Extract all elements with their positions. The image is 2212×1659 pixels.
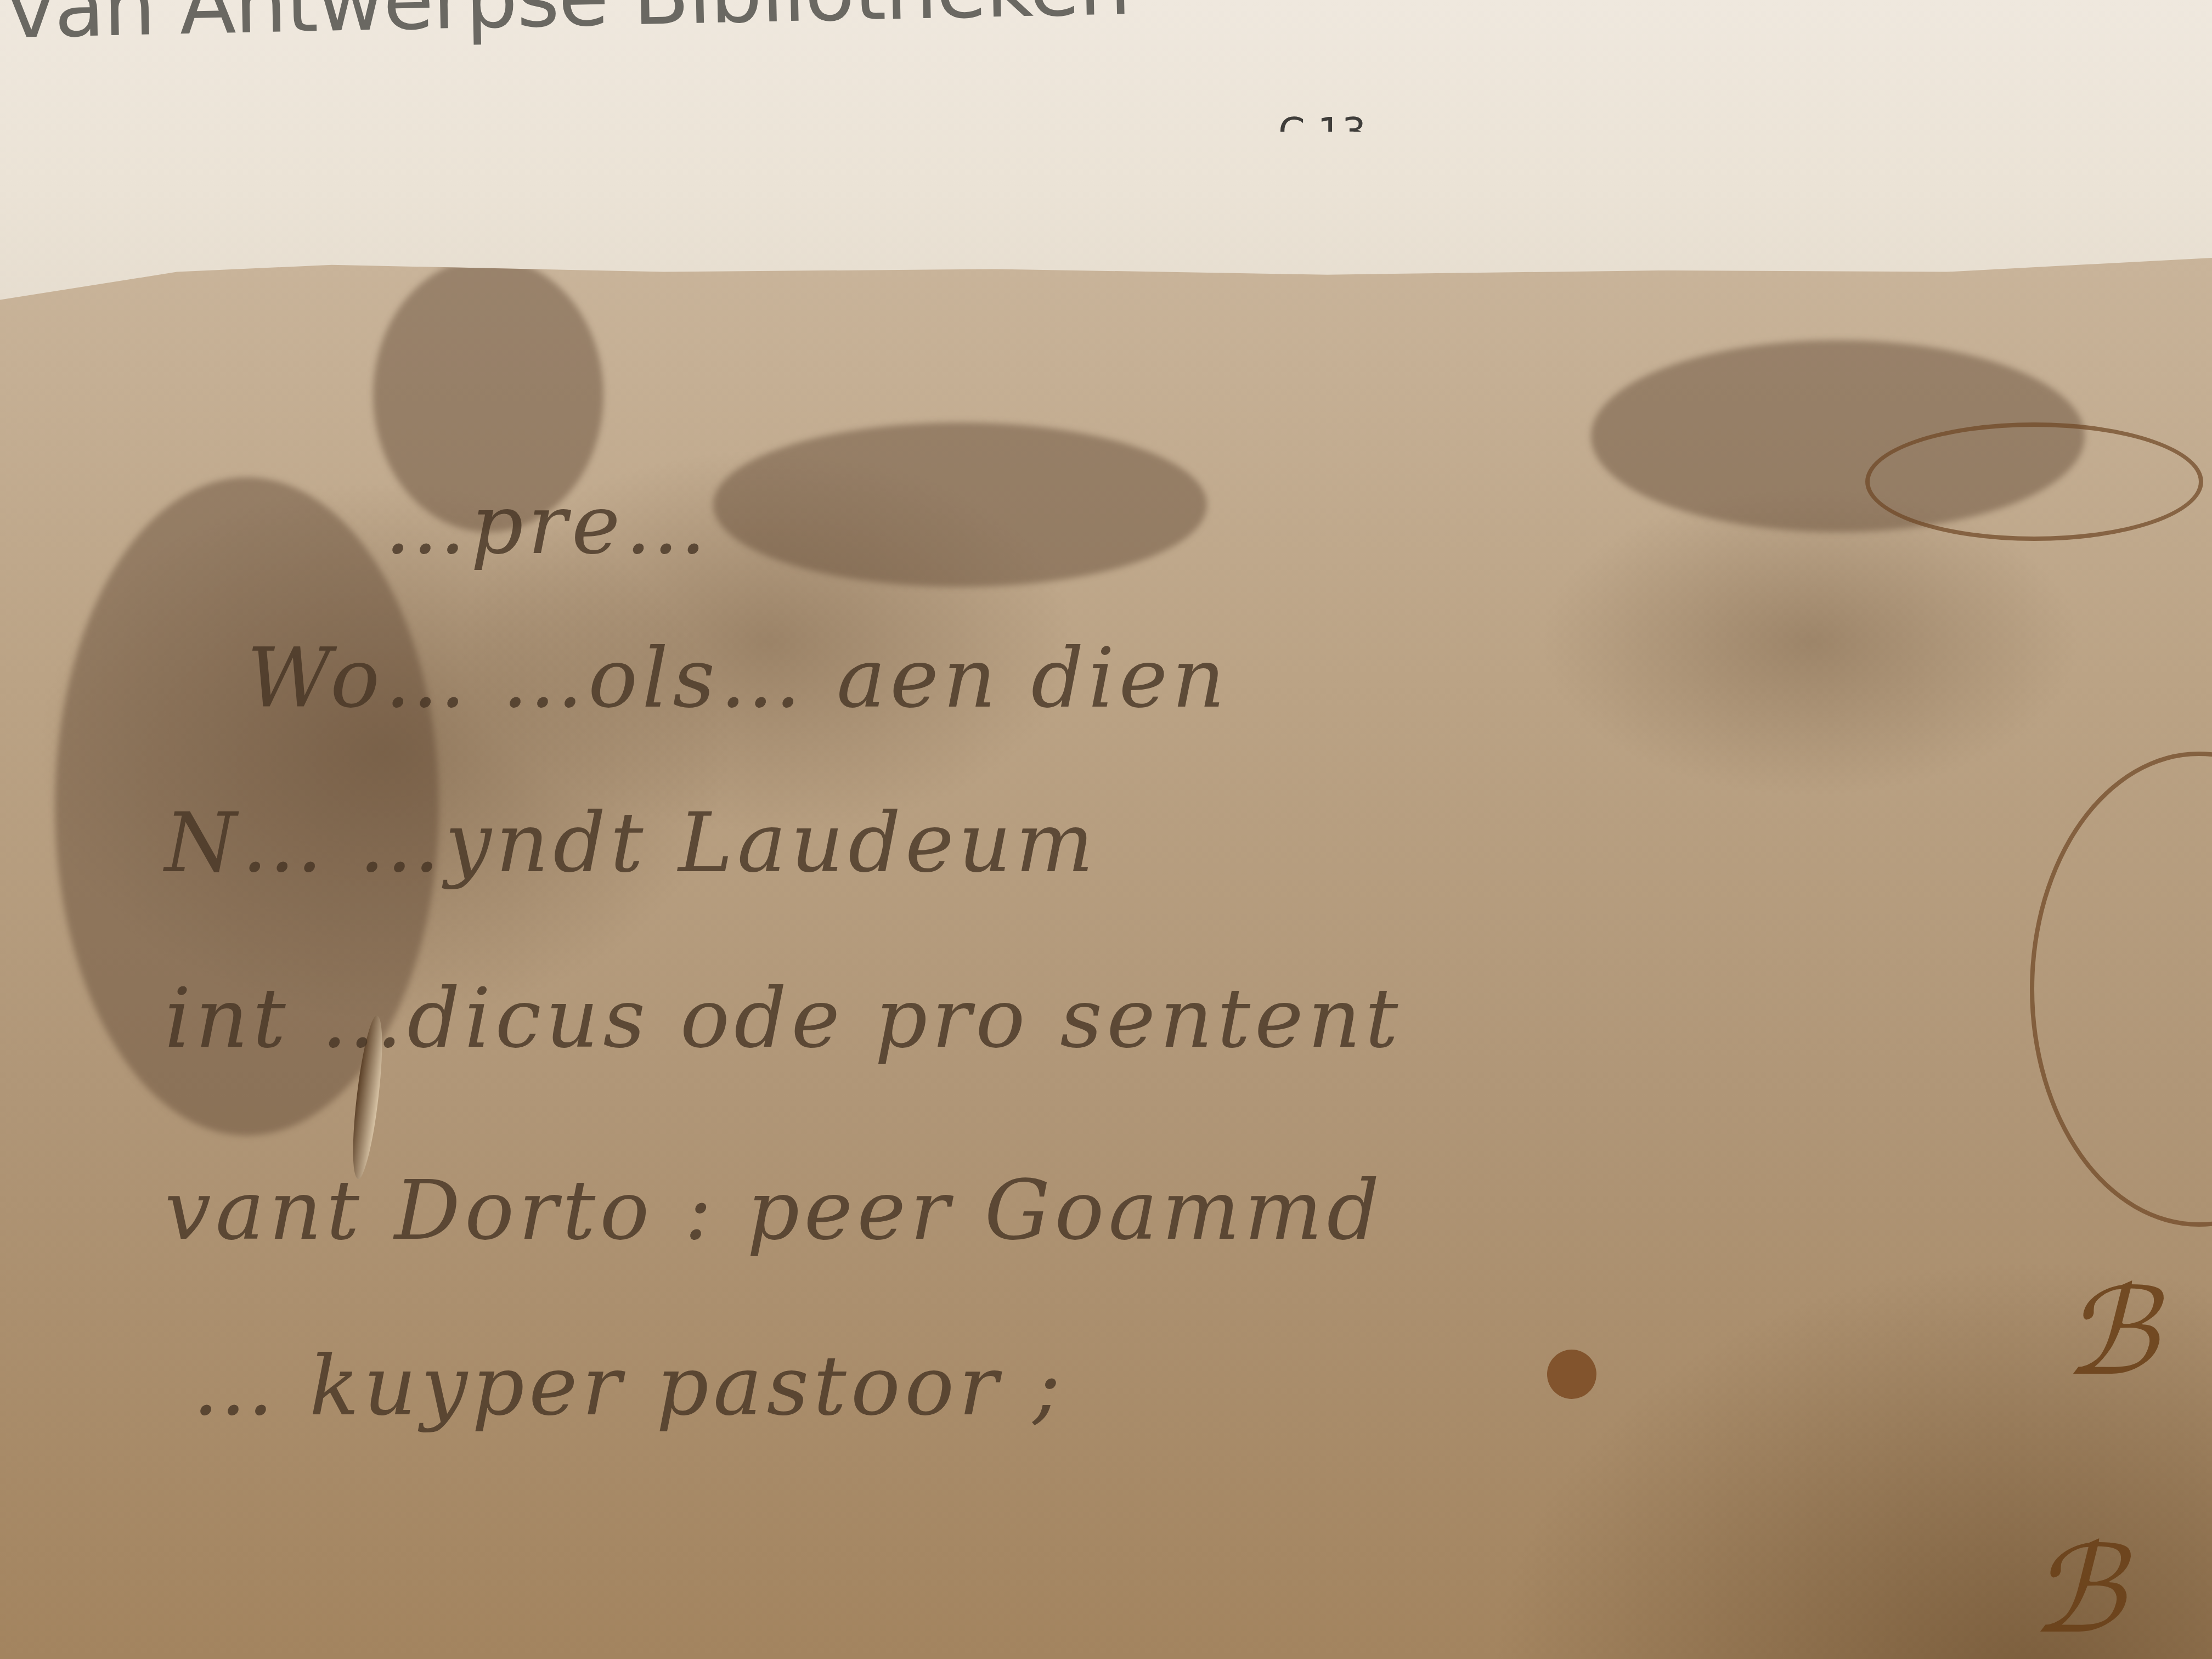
margin-letter: ℬ — [2030, 1520, 2125, 1659]
manuscript-line: …pre… — [384, 477, 712, 573]
manuscript-line: vant Dorto : peer Goammd — [165, 1163, 1384, 1259]
page-number-fragment: C 13 . — [1278, 110, 1391, 132]
manuscript-fragment: …pre… Wo… …ols… aen dien N… …yndt Laudeu… — [0, 258, 2212, 1659]
ink-blot — [1547, 1350, 1596, 1399]
printed-book-page: van Antwerpse Bibliotheken C 13 . — [0, 0, 2212, 307]
water-stain — [713, 422, 1207, 587]
manuscript-line: int …dicus ode pro sentent — [165, 971, 1403, 1066]
ink-flourish — [1865, 422, 2203, 541]
margin-letter: ℬ — [2063, 1262, 2158, 1402]
ink-flourish — [2030, 752, 2212, 1227]
manuscript-line: Wo… …ols… aen dien — [247, 631, 1229, 726]
printed-header-text: van Antwerpse Bibliotheken — [5, 0, 1131, 57]
manuscript-line: N… …yndt Laudeum — [165, 795, 1098, 891]
manuscript-line: … kuyper pastoor ; — [192, 1339, 1065, 1434]
